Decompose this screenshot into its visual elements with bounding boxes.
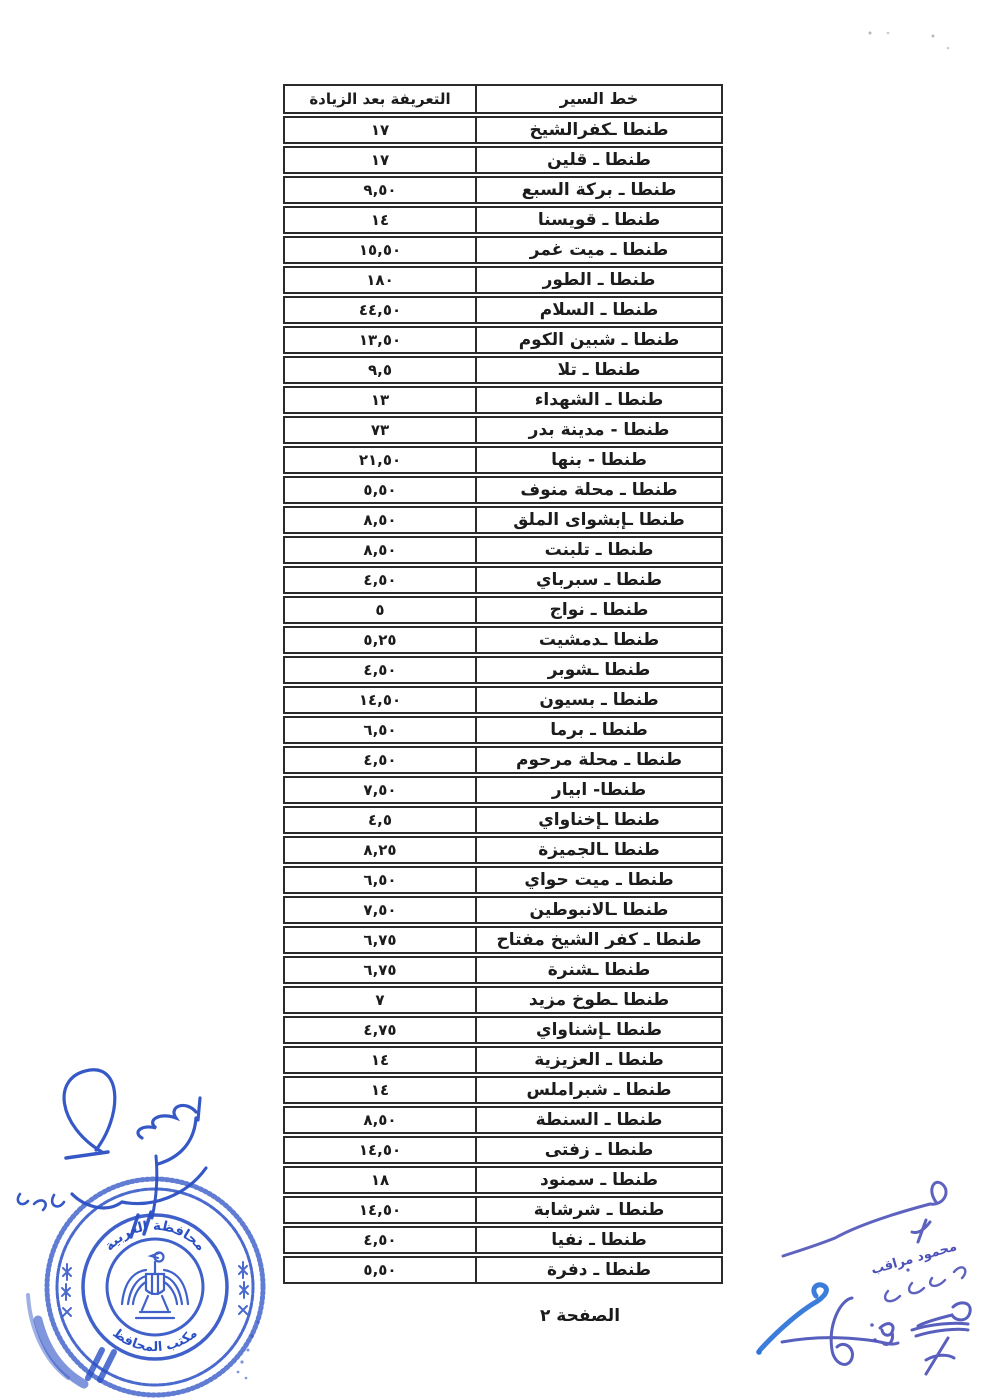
table-row: ٤,٧٥طنطا ـإشناواي: [283, 1016, 723, 1044]
tariff-cell: ٤,٥٠: [285, 568, 477, 592]
table-header-row: التعريفة بعد الزيادة خط السير: [283, 84, 723, 114]
tariff-cell: ٦,٥٠: [285, 868, 477, 892]
tariff-cell: ٦,٧٥: [285, 958, 477, 982]
tariff-cell: ١٨: [285, 1168, 477, 1192]
route-cell: طنطا ـ الشهداء: [477, 392, 721, 409]
table-row: ١٤,٥٠طنطا ـ زفتى: [283, 1136, 723, 1164]
eagle-emblem-icon: [122, 1253, 188, 1319]
route-cell: طنطا ـطوخ مزيد: [477, 992, 721, 1009]
table-row: ١٧طنطا ـ قلين: [283, 146, 723, 174]
table-row: ١٤,٥٠طنطا ـ شرشابة: [283, 1196, 723, 1224]
tariff-cell: ٩,٥٠: [285, 178, 477, 202]
route-cell: طنطا ـ شبراملس: [477, 1082, 721, 1099]
route-cell: طنطا ـ الطور: [477, 272, 721, 289]
table-row: ٦,٧٥طنطا ـ كفر الشيخ مفتاح: [283, 926, 723, 954]
table-row: ٤,٥٠طنطا ـ سبرباي: [283, 566, 723, 594]
table-row: ٨,٥٠طنطا ـ تلبنت: [283, 536, 723, 564]
route-cell: طنطا ـ شرشابة: [477, 1202, 721, 1219]
tariff-cell: ١٨٠: [285, 268, 477, 292]
tariff-cell: ٤٤,٥٠: [285, 298, 477, 322]
tariff-cell: ٤,٥٠: [285, 1228, 477, 1252]
tariff-cell: ٧٣: [285, 418, 477, 442]
stamp-ornament-right: [239, 1262, 248, 1314]
table-row: ٤٤,٥٠طنطا ـ السلام: [283, 296, 723, 324]
route-cell: طنطا ـ بسيون: [477, 692, 721, 709]
tariff-cell: ٥: [285, 598, 477, 622]
tariff-cell: ١٣: [285, 388, 477, 412]
route-cell: طنطا ـ زفتى: [477, 1142, 721, 1159]
route-cell: طنطا ـشنرة: [477, 962, 721, 979]
tariff-cell: ٥,٥٠: [285, 1258, 477, 1282]
route-cell: طنطا ـإخناواي: [477, 812, 721, 829]
handwritten-note: محمود مراقب: [869, 1239, 958, 1278]
tariff-cell: ٦,٥٠: [285, 718, 477, 742]
route-cell: طنطا ـكفرالشيخ: [477, 122, 721, 139]
table-row: ٩,٥٠طنطا ـ بركة السبع: [283, 176, 723, 204]
tariff-cell: ١٧: [285, 148, 477, 172]
tariff-cell: ١٤,٥٠: [285, 1138, 477, 1162]
route-cell: طنطا ـ السلام: [477, 302, 721, 319]
stamp-top-text: محافظة الغربية: [101, 1218, 208, 1254]
table-row: ٤,٥٠طنطا ـ محلة مرحوم: [283, 746, 723, 774]
route-cell: طنطا ـ العزيزية: [477, 1052, 721, 1069]
tariff-cell: ٤,٧٥: [285, 1018, 477, 1042]
tariff-cell: ٨,٥٠: [285, 1108, 477, 1132]
route-cell: طنطا ـ ميت حواي: [477, 872, 721, 889]
table-row: ٧طنطا ـطوخ مزيد: [283, 986, 723, 1014]
route-cell: طنطا - مدينة بدر: [477, 422, 721, 439]
tariff-cell: ٤,٥: [285, 808, 477, 832]
route-cell: طنطا ـ قويسنا: [477, 212, 721, 229]
table-row: ١٥,٥٠طنطا ـ ميت غمر: [283, 236, 723, 264]
tariff-cell: ٤,٥٠: [285, 658, 477, 682]
table-row: ١٣طنطا ـ الشهداء: [283, 386, 723, 414]
route-cell: طنطا ـ دفرة: [477, 1262, 721, 1279]
table-row: ٥,٢٥طنطا ـدمشيت: [283, 626, 723, 654]
table-row: ١٨٠طنطا ـ الطور: [283, 266, 723, 294]
table-row: ٦,٧٥طنطا ـشنرة: [283, 956, 723, 984]
route-cell: طنطا ـ السنطة: [477, 1112, 721, 1129]
route-cell: طنطا ـ سبرباي: [477, 572, 721, 589]
tariff-cell: ٩,٥: [285, 358, 477, 382]
table-row: ٤,٥طنطا ـإخناواي: [283, 806, 723, 834]
route-cell: طنطا ـإشناواي: [477, 1022, 721, 1039]
tariff-cell: ٧,٥٠: [285, 778, 477, 802]
route-cell: طنطا ـشوبر: [477, 662, 721, 679]
table-row: ٧,٥٠طنطا ـالانبوطين: [283, 896, 723, 924]
route-cell: طنطا ـ قلين: [477, 152, 721, 169]
route-cell: طنطا- ابيار: [477, 782, 721, 799]
route-cell: طنطا ـ نواج: [477, 602, 721, 619]
route-cell: طنطا ـالجميزة: [477, 842, 721, 859]
table-row: ١٧طنطا ـكفرالشيخ: [283, 116, 723, 144]
document-page: التعريفة بعد الزيادة خط السير ١٧طنطا ـكف…: [0, 0, 990, 1400]
table-row: ٧,٥٠طنطا- ابيار: [283, 776, 723, 804]
table-row: ٧٣طنطا - مدينة بدر: [283, 416, 723, 444]
table-row: ٥طنطا ـ نواج: [283, 596, 723, 624]
tariff-cell: ١٥,٥٠: [285, 238, 477, 262]
route-cell: طنطا ـإبشواى الملق: [477, 512, 721, 529]
table-row: ٨,٢٥طنطا ـالجميزة: [283, 836, 723, 864]
table-row: ٥,٥٠طنطا ـ دفرة: [283, 1256, 723, 1284]
table-row: ١٣,٥٠طنطا ـ شبين الكوم: [283, 326, 723, 354]
tariff-cell: ٥,٢٥: [285, 628, 477, 652]
tariff-table-rows: ١٧طنطا ـكفرالشيخ١٧طنطا ـ قلين٩,٥٠طنطا ـ …: [283, 116, 723, 1284]
tariff-cell: ٧,٥٠: [285, 898, 477, 922]
table-row: ٨,٥٠طنطا ـإبشواى الملق: [283, 506, 723, 534]
approval-signature: [18, 1070, 206, 1237]
table-row: ٢١,٥٠طنطا - بنها: [283, 446, 723, 474]
table-row: ١٤طنطا ـ شبراملس: [283, 1076, 723, 1104]
route-cell: طنطا ـ برما: [477, 722, 721, 739]
table-row: ٨,٥٠طنطا ـ السنطة: [283, 1106, 723, 1134]
route-cell: طنطا ـالانبوطين: [477, 902, 721, 919]
tariff-cell: ٧: [285, 988, 477, 1012]
official-stamp: محافظة الغربية مكتب المحافظ: [10, 1060, 290, 1400]
table-row: ١٤طنطا ـ قويسنا: [283, 206, 723, 234]
tariff-cell: ١٤: [285, 1078, 477, 1102]
route-header-cell: خط السير: [477, 91, 721, 107]
page-number: الصفحة ٢: [515, 1306, 645, 1326]
stamp-middle-ring: [83, 1215, 227, 1359]
tariff-header-cell: التعريفة بعد الزيادة: [285, 86, 477, 112]
table-row: ٩,٥طنطا ـ تلا: [283, 356, 723, 384]
tariff-cell: ٦,٧٥: [285, 928, 477, 952]
scan-specks: [840, 10, 980, 60]
route-cell: طنطا ـ نفيا: [477, 1232, 721, 1249]
tariff-cell: ١٧: [285, 118, 477, 142]
stamp-ornament-left: [62, 1264, 71, 1316]
tariff-cell: ٥,٥٠: [285, 478, 477, 502]
tariff-cell: ١٣,٥٠: [285, 328, 477, 352]
table-row: ٦,٥٠طنطا ـ برما: [283, 716, 723, 744]
tariff-cell: ٤,٥٠: [285, 748, 477, 772]
table-row: ١٤,٥٠طنطا ـ بسيون: [283, 686, 723, 714]
route-cell: طنطا ـ تلا: [477, 362, 721, 379]
tariff-cell: ٢١,٥٠: [285, 448, 477, 472]
route-cell: طنطا ـ بركة السبع: [477, 182, 721, 199]
stamp-outer-ring: [47, 1179, 263, 1395]
route-cell: طنطا ـ محلة منوف: [477, 482, 721, 499]
table-row: ٤,٥٠طنطا ـشوبر: [283, 656, 723, 684]
tariff-cell: ٨,٢٥: [285, 838, 477, 862]
route-cell: طنطا ـ كفر الشيخ مفتاح: [477, 932, 721, 949]
tariff-cell: ١٤,٥٠: [285, 688, 477, 712]
route-cell: طنطا - بنها: [477, 452, 721, 469]
table-row: ٥,٥٠طنطا ـ محلة منوف: [283, 476, 723, 504]
tariff-cell: ١٤,٥٠: [285, 1198, 477, 1222]
table-row: ٦,٥٠طنطا ـ ميت حواي: [283, 866, 723, 894]
table-row: ١٨طنطا ـ سمنود: [283, 1166, 723, 1194]
tariff-cell: ١٤: [285, 1048, 477, 1072]
route-cell: طنطا ـ محلة مرحوم: [477, 752, 721, 769]
table-row: ١٤طنطا ـ العزيزية: [283, 1046, 723, 1074]
route-cell: طنطا ـدمشيت: [477, 632, 721, 649]
tariff-cell: ٨,٥٠: [285, 538, 477, 562]
tariff-cell: ١٤: [285, 208, 477, 232]
tariff-cell: ٨,٥٠: [285, 508, 477, 532]
route-cell: طنطا ـ سمنود: [477, 1172, 721, 1189]
route-cell: طنطا ـ ميت غمر: [477, 242, 721, 259]
signature-right: محمود مراقب: [740, 1150, 990, 1400]
route-cell: طنطا ـ تلبنت: [477, 542, 721, 559]
route-cell: طنطا ـ شبين الكوم: [477, 332, 721, 349]
table-row: ٤,٥٠طنطا ـ نفيا: [283, 1226, 723, 1254]
tariff-table: التعريفة بعد الزيادة خط السير ١٧طنطا ـكف…: [283, 84, 723, 1284]
